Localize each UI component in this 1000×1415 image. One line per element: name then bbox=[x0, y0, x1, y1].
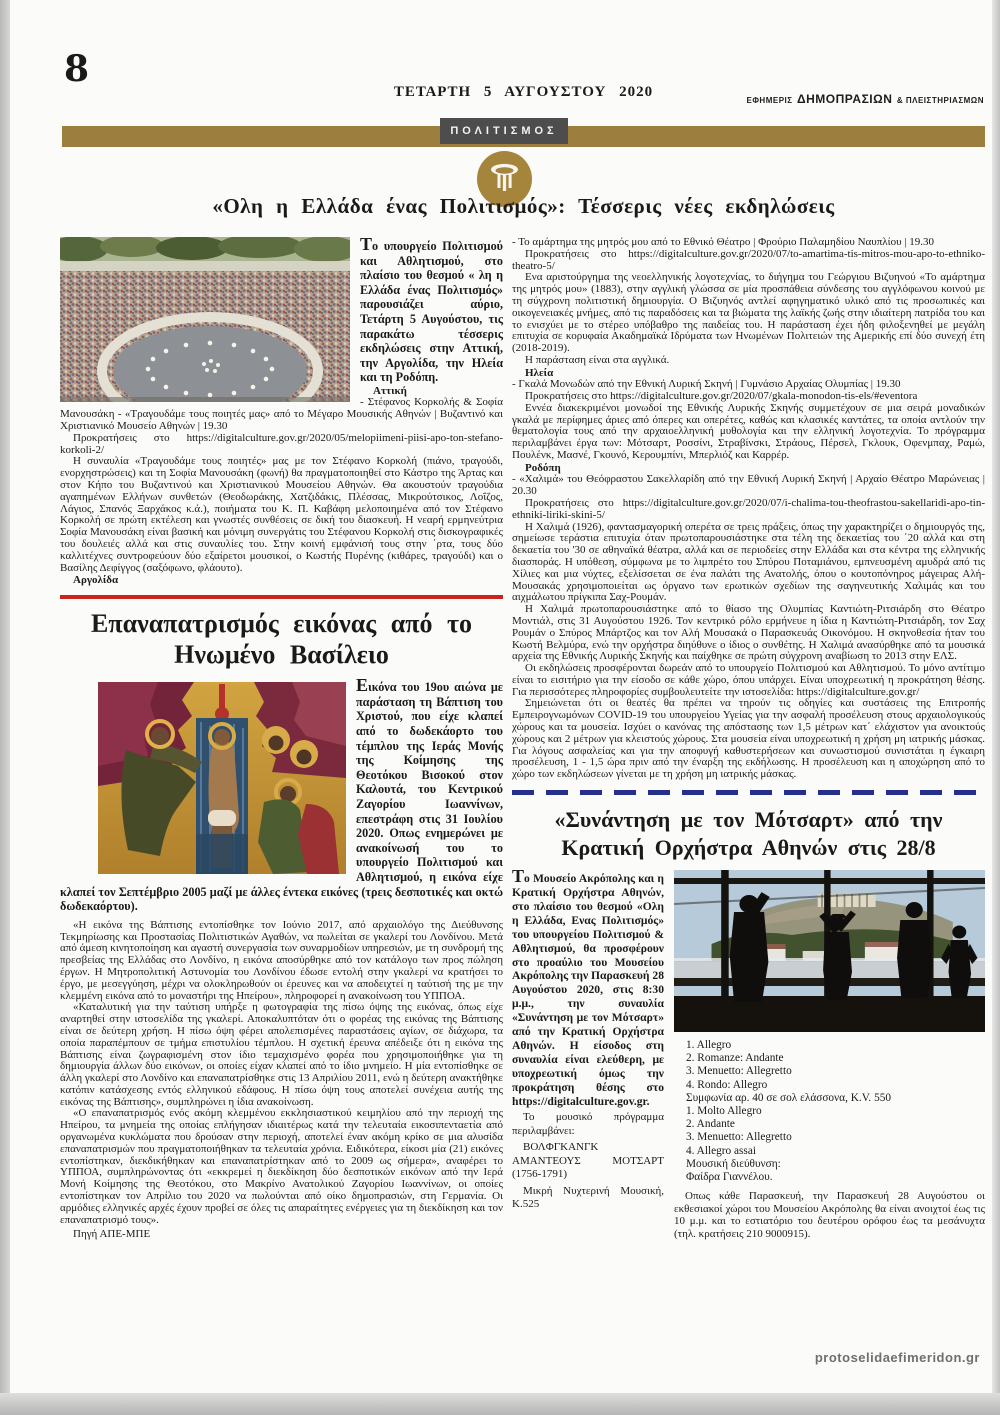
masthead-suffix: & ΠΛΕΙΣΤΗΡΙΑΣΜΩΝ bbox=[897, 96, 984, 105]
blue-dashed-divider bbox=[512, 790, 985, 795]
masthead-title: ΔΗΜΟΠΡΑΣΙΩΝ bbox=[797, 92, 892, 106]
source-credit: Πηγή ΑΠΕ-ΜΠΕ bbox=[60, 1228, 503, 1241]
site-watermark: protoselidaefimeridon.gr bbox=[815, 1350, 980, 1365]
paragraph-attiki: Η συναυλία «Τραγουδάμε τους ποιητές» μας… bbox=[60, 456, 503, 574]
program-note: Το μουσικό πρόγραμμα περιλαμβάνει: bbox=[512, 1111, 664, 1138]
paragraph-chalima-1: Η Χαλιμά (1926), φαντασμαγορική οπερέτα … bbox=[512, 522, 985, 605]
program-item: 2. Romanze: Andante bbox=[686, 1052, 985, 1065]
baptism-icon-photo bbox=[98, 682, 346, 874]
left-column: Το υπουργείο Πολιτισμού και Αθλητισμού, … bbox=[60, 237, 503, 1241]
booking-rodopi: Προκρατήσεις στο https://digitalculture.… bbox=[512, 498, 985, 522]
acropolis-museum-photo bbox=[674, 870, 985, 1032]
paragraph-language: Η παράσταση είναι στα αγγλικά. bbox=[512, 355, 985, 367]
article3-intro: Το Μουσείο Ακρόπολης και η Κρατική Ορχήσ… bbox=[512, 870, 664, 1108]
page-edge-left bbox=[0, 0, 10, 1415]
paragraph-theatre: Ενα αριστούργημα της νεοελληνικής λογοτε… bbox=[512, 272, 985, 355]
program-item: 3. Menuetto: Allegretto bbox=[686, 1131, 985, 1144]
event-attiki: - Στέφανος Κορκολής & Σοφία Μανουσάκη - … bbox=[60, 397, 503, 432]
program-item: 3. Menuetto: Allegretto bbox=[686, 1065, 985, 1078]
page-edge-right bbox=[992, 0, 1000, 1415]
program-work-title: Συμφωνία αρ. 40 σε σολ ελάσσονα, K.V. 55… bbox=[686, 1092, 985, 1105]
program-list: 1. Allegro 2. Romanze: Andante 3. Menuet… bbox=[674, 1039, 985, 1184]
amphitheater-photo bbox=[60, 237, 350, 402]
page-edge-bottom bbox=[0, 1393, 1000, 1415]
article2-paragraph-3: «Ο επαναπατρισμός ενός ακόμη κλεμμένου ε… bbox=[60, 1108, 503, 1226]
section-label: ΠΟΛΙΤΙΣΜΟΣ bbox=[440, 118, 568, 144]
paragraph-covid: Σημειώνεται ότι οι θεατές θα πρέπει να τ… bbox=[512, 698, 985, 781]
article3-closing: Οπως κάθε Παρασκευή, την Παρασκευή 28 Αυ… bbox=[674, 1190, 985, 1240]
program-item: 4. Rondo: Allegro bbox=[686, 1079, 985, 1092]
program-conductor-name: Φαίδρα Γιαννέλου. bbox=[686, 1171, 985, 1184]
article3-headline: «Συνάντηση με τον Μότσαρτ» από την Κρατι… bbox=[512, 806, 985, 861]
article3-right-column: 1. Allegro 2. Romanze: Andante 3. Menuet… bbox=[674, 870, 985, 1240]
booking-attiki-2: Προκρατήσεις στο https://digitalculture.… bbox=[512, 249, 985, 273]
right-column: - Το αμάρτημα της μητρός μου από το Εθνι… bbox=[512, 237, 985, 1240]
masthead-prefix: ΕΦΗΜΕΡΙΣ bbox=[747, 96, 793, 105]
booking-attiki: Προκρατήσεις στο https://digitalculture.… bbox=[60, 433, 503, 457]
red-divider bbox=[60, 595, 503, 599]
paragraph-gala: Εννέα διακεκριμένοι μονωδοί της Εθνικής … bbox=[512, 403, 985, 462]
work-title: Μικρή Νυχτερινή Μουσική, K.525 bbox=[512, 1185, 664, 1212]
composer-name: ΒΟΛΦΓΚΑΝΓΚ ΑΜΑΝΤΕΟΥΣ ΜΟΤΣΑΡΤ (1756-1791) bbox=[512, 1141, 664, 1182]
article2-paragraph-2: «Καταλυτική για την ταύτιση υπήρξε η φωτ… bbox=[60, 1002, 503, 1108]
program-item: 1. Allegro bbox=[686, 1039, 985, 1052]
paragraph-chalima-2: Η Χαλιμά πρωτοπαρουσιάστηκε από το θίασο… bbox=[512, 604, 985, 663]
article1-headline: «Ολη η Ελλάδα ένας Πολιτισμός»: Τέσσερις… bbox=[62, 194, 985, 219]
program-item: 1. Molto Allegro bbox=[686, 1105, 985, 1118]
event-rodopi: - «Χαλιμά» του Θεόφραστου Σακελλαρίδη απ… bbox=[512, 474, 985, 498]
program-item: 4. Allegro assai bbox=[686, 1145, 985, 1158]
subhead-argolida: Αργολίδα bbox=[60, 574, 503, 587]
article2-paragraph-1: «Η εικόνα της Βάπτισης εντοπίσθηκε τον Ι… bbox=[60, 920, 503, 1003]
paragraph-free-entry: Οι εκδηλώσεις προσφέρονται δωρεάν από το… bbox=[512, 663, 985, 698]
article2-headline: Επαναπατρισμός εικόνας από το Ηνωμένο Βα… bbox=[66, 609, 497, 670]
article3-body: Το Μουσείο Ακρόπολης και η Κρατική Ορχήσ… bbox=[512, 870, 985, 1240]
program-conductor-label: Μουσική διεύθυνση: bbox=[686, 1158, 985, 1171]
masthead: ΕΦΗΜΕΡΙΣ ΔΗΜΟΠΡΑΣΙΩΝ & ΠΛΕΙΣΤΗΡΙΑΣΜΩΝ bbox=[747, 90, 984, 108]
program-item: 2. Andante bbox=[686, 1118, 985, 1131]
article3-left-column: Το Μουσείο Ακρόπολης και η Κρατική Ορχήσ… bbox=[512, 870, 664, 1240]
newspaper-page: 8 ΤΕΤΑΡΤΗ 5 ΑΥΓΟΥΣΤΟΥ 2020 ΕΦΗΜΕΡΙΣ ΔΗΜΟ… bbox=[0, 0, 1000, 1415]
